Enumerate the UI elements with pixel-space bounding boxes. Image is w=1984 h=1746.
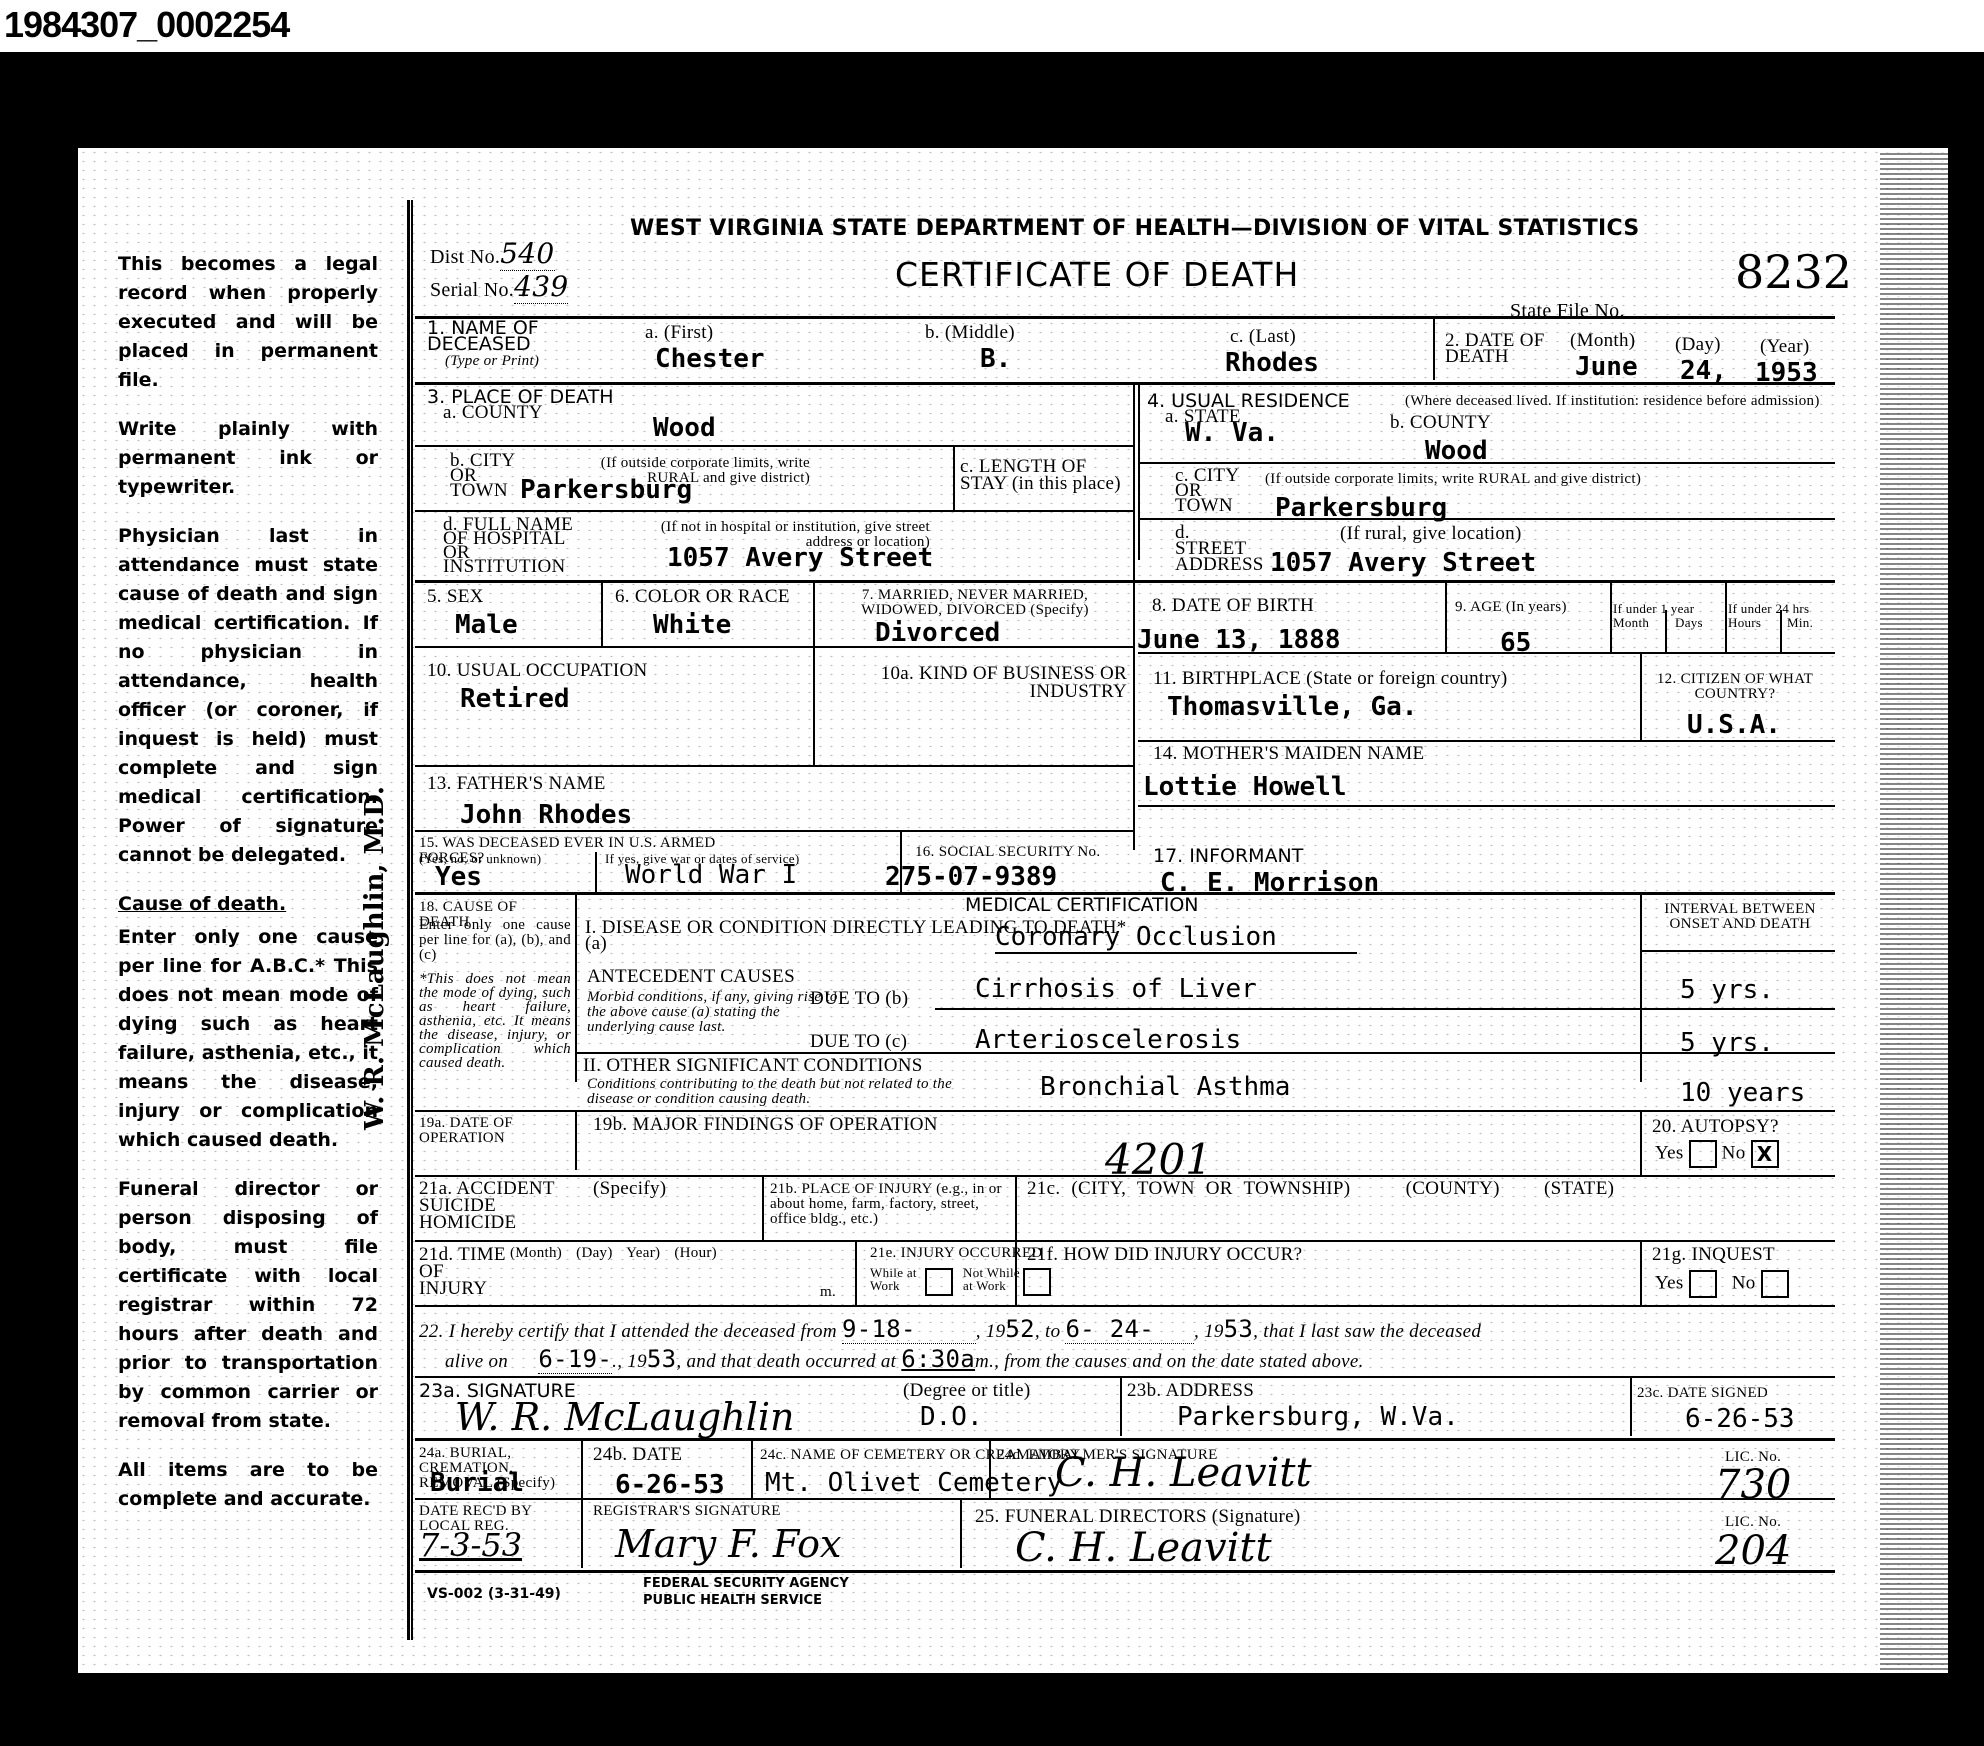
place-city: Parkersburg — [520, 475, 692, 505]
while-at-work-checkbox[interactable] — [925, 1268, 953, 1296]
social-security-number: 275-07-9389 — [885, 862, 1057, 892]
item21c-label: 21c. (CITY, TOWN OR TOWNSHIP) (COUNTY) (… — [1027, 1180, 1827, 1198]
instruction-legal-record: This becomes a legal record when properl… — [118, 250, 378, 395]
interval-b: 5 yrs. — [1680, 975, 1774, 1005]
date-of-birth: June 13, 1888 — [1137, 625, 1341, 655]
vertical-physician-stamp: W. R. McLaughlin, M.D. — [360, 730, 390, 1130]
physician-signature: W. R. McLaughlin — [455, 1395, 794, 1439]
form-left-border — [407, 200, 413, 1640]
paper-edge — [1880, 150, 1948, 1670]
cause-b: Cirrhosis of Liver — [975, 974, 1257, 1004]
attended-from-year: 52 — [1005, 1315, 1035, 1343]
inquest-no-checkbox[interactable] — [1761, 1270, 1789, 1298]
other-conditions: Bronchial Asthma — [1040, 1072, 1290, 1102]
dist-no-field: Dist No.540 — [430, 245, 555, 266]
document-id: 1984307_0002254 — [4, 4, 289, 46]
attended-to-date: 6- 24- — [1065, 1315, 1194, 1344]
state-file-number: 8232 — [1735, 245, 1852, 299]
agency-heading: WEST VIRGINIA STATE DEPARTMENT OF HEALTH… — [630, 216, 1640, 241]
funeral-director-license: 204 — [1715, 1528, 1791, 1574]
citizenship: U.S.A. — [1687, 710, 1781, 740]
fathers-name: John Rhodes — [460, 800, 632, 830]
item1-label: 1. NAME OF DECEASED — [427, 320, 587, 352]
place-county: Wood — [653, 413, 716, 443]
certificate-title: CERTIFICATE OF DEATH — [895, 255, 1299, 294]
instruction-physician: Physician last in attendance must state … — [118, 522, 378, 870]
birthplace: Thomasville, Ga. — [1167, 692, 1417, 722]
autopsy-yes-checkbox[interactable] — [1689, 1140, 1717, 1168]
instruction-complete: All items are to be complete and accurat… — [118, 1456, 378, 1514]
serial-no-field: Serial No.439 — [430, 278, 568, 299]
last-name: Rhodes — [1225, 348, 1319, 378]
footer-agency-2: PUBLIC HEALTH SERVICE — [643, 1593, 822, 1608]
middle-name: B. — [980, 344, 1011, 374]
occupation: Retired — [460, 684, 570, 714]
attended-from-date: 9-18- — [842, 1315, 976, 1344]
registrar-signature: Mary F. Fox — [615, 1522, 841, 1566]
instruction-funeral: Funeral director or person disposing of … — [118, 1175, 378, 1436]
serial-no-value: 439 — [514, 270, 568, 304]
not-while-at-work-checkbox[interactable] — [1023, 1268, 1051, 1296]
inquest-yes-checkbox[interactable] — [1689, 1270, 1717, 1298]
physician-degree: D.O. — [920, 1402, 983, 1432]
armed-forces-answer: Yes — [435, 862, 482, 892]
embalmer-license: 730 — [1715, 1462, 1791, 1508]
place-hospital: 1057 Avery Street — [667, 543, 933, 573]
cause-c: Arterioscelerosis — [975, 1025, 1241, 1055]
last-seen-alive-year: 53 — [647, 1345, 677, 1373]
injury-time-columns: (Month) (Day) Year) (Hour) — [510, 1246, 717, 1261]
instruction-cause: Enter only one cause per line for A.B.C.… — [118, 923, 378, 1155]
death-certificate-form: WEST VIRGINIA STATE DEPARTMENT OF HEALTH… — [415, 200, 1835, 1640]
inquest-options: Yes No — [1655, 1270, 1789, 1298]
embalmer-signature: C. H. Leavitt — [1055, 1450, 1312, 1496]
dist-no-value: 540 — [500, 237, 554, 271]
burial-date: 6-26-53 — [615, 1470, 725, 1500]
time-of-death: 6:30a — [901, 1345, 975, 1373]
sex-value: Male — [455, 610, 518, 640]
interval-other: 10 years — [1680, 1078, 1805, 1108]
footer-agency-1: FEDERAL SECURITY AGENCY — [643, 1576, 849, 1591]
certification-line-2: alive on 6-19-., 1953, and that death oc… — [445, 1350, 1845, 1371]
item2-label: 2. DATE OF DEATH — [1445, 333, 1555, 365]
marital-status: Divorced — [875, 618, 1000, 648]
instructions-sidebar: This becomes a legal record when properl… — [118, 250, 378, 1534]
autopsy-options: Yes No X — [1655, 1140, 1779, 1168]
first-name: Chester — [655, 344, 765, 374]
attended-to-year: 53 — [1224, 1315, 1254, 1343]
instruction-cause-heading: Cause of death. — [118, 890, 378, 919]
cemetery-name: Mt. Olivet Cemetery — [765, 1468, 1062, 1498]
funeral-director-signature: C. H. Leavitt — [1015, 1525, 1272, 1571]
form-number: VS-002 (3-31-49) — [427, 1586, 561, 1602]
certification-line-1: 22. I hereby certify that I attended the… — [419, 1320, 1839, 1341]
physician-address: Parkersburg, W.Va. — [1177, 1402, 1459, 1432]
war-service: World War I — [625, 860, 797, 890]
death-month: June — [1575, 352, 1638, 382]
date-signed: 6-26-53 — [1685, 1404, 1795, 1434]
autopsy-no-checkbox[interactable]: X — [1751, 1140, 1779, 1168]
cause-a: Coronary Occlusion — [995, 922, 1357, 954]
disposition-method: Burial — [430, 1468, 524, 1498]
residence-street: 1057 Avery Street — [1270, 548, 1536, 578]
mothers-maiden-name: Lottie Howell — [1143, 772, 1347, 802]
residence-state: W. Va. — [1185, 418, 1279, 448]
race-value: White — [653, 610, 731, 640]
instruction-write-plainly: Write plainly with permanent ink or type… — [118, 415, 378, 502]
last-seen-alive-date: 6-19- — [538, 1345, 612, 1374]
date-received-local: 7-3-53 — [419, 1526, 522, 1564]
